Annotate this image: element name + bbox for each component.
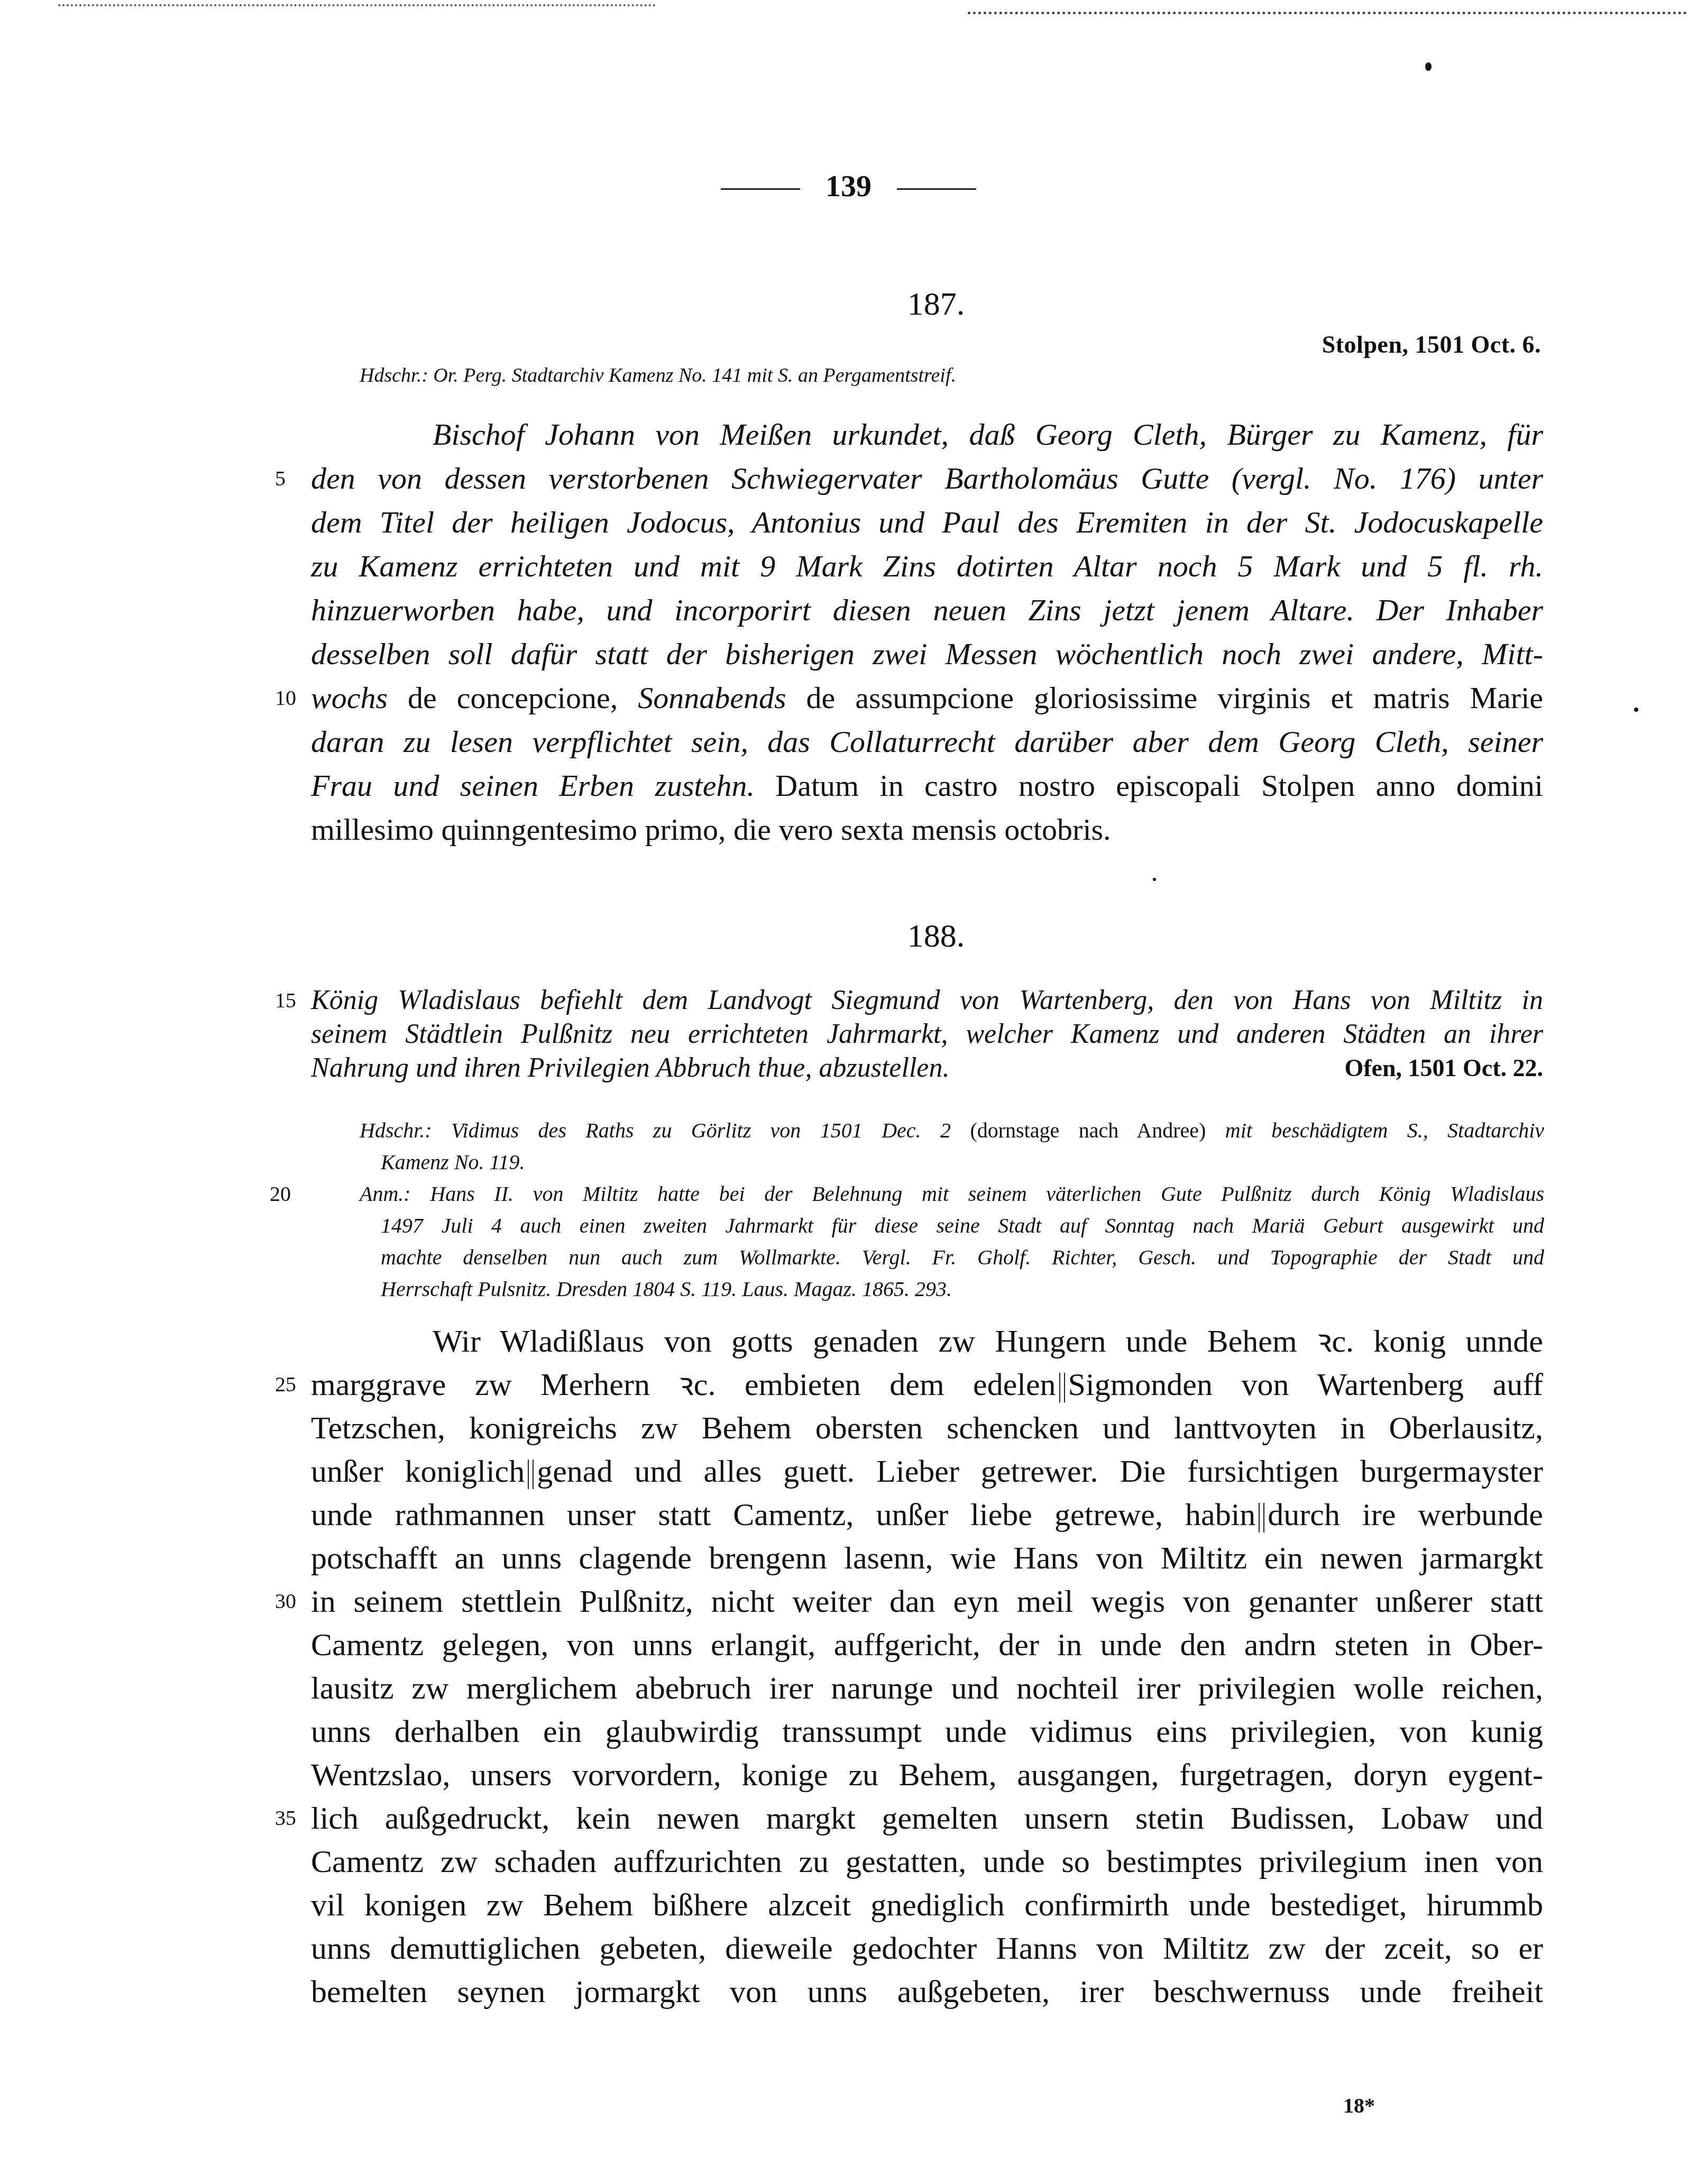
document-line: unßer koniglichgenad und alles guett. Li…	[311, 1449, 1543, 1493]
document-line: 35lich außgedruckt, kein newen margkt ge…	[311, 1796, 1543, 1840]
text-segment: Camentz zw schaden auffzurichten zu gest…	[311, 1844, 1543, 1879]
document-line: unns derhalben ein glaubwirdig transsump…	[311, 1710, 1543, 1753]
text-segment: bemelten seynen jormargkt von unns außge…	[311, 1974, 1543, 2009]
entry-number-188: 188.	[0, 917, 1697, 955]
text-line: 5den von dessen verstorbenen Schwiegerva…	[311, 456, 1543, 500]
scan-speck	[1153, 878, 1156, 881]
line-number: 10	[275, 676, 296, 720]
note-line: 1497 Juli 4 auch einen zweiten Jahrmarkt…	[360, 1210, 1544, 1242]
text-segment: in seinem stettlein Pulßnitz, nicht weit…	[311, 1584, 1543, 1619]
note-line: Herrschaft Pulsnitz. Dresden 1804 S. 119…	[360, 1273, 1544, 1305]
text-segment: Tetzschen, konigreichs zw Behem obersten…	[311, 1410, 1543, 1445]
note-line: 20Anm.: Hans II. von Miltitz hatte bei d…	[360, 1178, 1544, 1210]
text-segment: marggrave zw Merhern ꝛc. embieten dem ed…	[311, 1367, 1056, 1402]
text-line: hinzuerworben habe, und incorporirt dies…	[311, 588, 1543, 632]
line-number: 25	[275, 1363, 296, 1406]
text-segment: potschafft an unns clagende brengenn las…	[311, 1540, 1543, 1575]
document-line: vil konigen zw Behem bißhere alzceit gne…	[311, 1883, 1543, 1926]
text-segment: Camentz gelegen, von unns erlangit, auff…	[311, 1627, 1543, 1662]
text-segment: zu Kamenz errichteten und mit 9 Mark Zin…	[311, 549, 1543, 583]
document-line: unns demuttiglichen gebeten, dieweile ge…	[311, 1926, 1543, 1970]
text-segment: den von dessen verstorbenen Schwiegervat…	[311, 461, 1543, 495]
text-segment: vil konigen zw Behem bißhere alzceit gne…	[311, 1887, 1543, 1922]
entry-number-187: 187.	[0, 286, 1697, 323]
line-number: 20	[270, 1178, 291, 1210]
text-segment: genad und alles guett. Lieber getrewer. …	[537, 1454, 1543, 1489]
note-line: Kamenz No. 119.	[360, 1146, 1544, 1178]
line-number: 30	[275, 1580, 296, 1623]
text-segment: Sigmonden von Wartenberg auff	[1068, 1367, 1543, 1402]
text-segment: de concepcione,	[388, 681, 638, 715]
document-line: Camentz gelegen, von unns erlangit, auff…	[311, 1623, 1543, 1666]
text-line: zu Kamenz errichteten und mit 9 Mark Zin…	[311, 544, 1543, 588]
text-segment: machte denselben nun auch zum Wollmarkte…	[381, 1245, 1544, 1269]
scan-edge-line-left	[58, 4, 656, 9]
regest-line: 15König Wladislaus befiehlt dem Landvogt…	[311, 984, 1543, 1017]
entry-188-regest: 15König Wladislaus befiehlt dem Landvogt…	[311, 984, 1543, 1085]
line-number: 15	[275, 984, 296, 1017]
text-segment: Wentzslao, unsers vorvordern, konige zu …	[311, 1757, 1543, 1792]
text-line: 10wochs de concepcione, Sonnabends de as…	[311, 676, 1543, 720]
entry-188-place-date: Ofen, 1501 Oct. 22.	[1344, 1051, 1543, 1085]
entry-187-regest: Bischof Johann von Meißen urkundet, daß …	[311, 412, 1543, 851]
text-segment: lich außgedruckt, kein newen margkt geme…	[311, 1801, 1543, 1836]
document-line: lausitz zw merglichem abebruch irer naru…	[311, 1666, 1543, 1710]
text-line: dem Titel der heiligen Jodocus, Antonius…	[311, 500, 1543, 544]
text-segment: König Wladislaus befiehlt dem Landvogt S…	[311, 985, 1543, 1015]
text-segment: (dornstage nach Andree)	[970, 1118, 1206, 1142]
document-line: Tetzschen, konigreichs zw Behem obersten…	[311, 1406, 1543, 1449]
text-line: Bischof Johann von Meißen urkundet, daß …	[311, 412, 1543, 456]
entry-188-document-text: Wir Wladißlaus von gotts genaden zw Hung…	[311, 1319, 1543, 2013]
document-line: Camentz zw schaden auffzurichten zu gest…	[311, 1840, 1543, 1883]
document-line: 25marggrave zw Merhern ꝛc. embieten dem …	[311, 1363, 1543, 1406]
entry-187-source-note: Hdschr.: Or. Perg. Stadtarchiv Kamenz No…	[360, 364, 956, 387]
folio-break-mark	[528, 1460, 534, 1489]
note-line: machte denselben nun auch zum Wollmarkte…	[360, 1242, 1544, 1273]
text-segment: unde rathmannen unser statt Camentz, unß…	[311, 1497, 1255, 1532]
text-line: daran zu lesen verpflichtet sein, das Co…	[311, 720, 1543, 764]
folio-break-mark	[1259, 1503, 1264, 1533]
text-segment: Frau und seinen Erben zustehn.	[311, 768, 755, 803]
text-segment: 1497 Juli 4 auch einen zweiten Jahrmarkt…	[381, 1214, 1544, 1237]
document-line: Wir Wladißlaus von gotts genaden zw Hung…	[311, 1319, 1543, 1363]
text-segment: unns derhalben ein glaubwirdig transsump…	[311, 1714, 1543, 1749]
text-segment: Wir Wladißlaus von gotts genaden zw Hung…	[433, 1324, 1543, 1359]
text-segment: millesimo quinngentesimo primo, die vero…	[311, 812, 1111, 847]
entry-188-notes: Hdschr.: Vidimus des Raths zu Görlitz vo…	[360, 1115, 1544, 1305]
text-segment: lausitz zw merglichem abebruch irer naru…	[311, 1671, 1543, 1705]
text-segment: desselben soll dafür statt der bisherige…	[311, 637, 1543, 671]
document-line: potschafft an unns clagende brengenn las…	[311, 1536, 1543, 1580]
scan-speck	[1425, 62, 1432, 71]
signature-mark: 18*	[1343, 2093, 1375, 2118]
text-segment: Kamenz No. 119.	[381, 1150, 525, 1174]
text-segment: Anm.: Hans II. von Miltitz hatte bei der…	[360, 1182, 1544, 1206]
document-line: Wentzslao, unsers vorvordern, konige zu …	[311, 1753, 1543, 1796]
text-segment: Hdschr.: Vidimus des Raths zu Görlitz vo…	[360, 1118, 970, 1142]
text-segment: unns demuttiglichen gebeten, dieweile ge…	[311, 1931, 1543, 1966]
text-segment: seinem Städtlein Pulßnitz neu errichtete…	[311, 1019, 1543, 1049]
text-segment: unßer koniglich	[311, 1454, 525, 1489]
text-segment: Sonnabends	[638, 681, 786, 715]
text-segment: Datum in castro nostro episcopali Stolpe…	[755, 768, 1543, 803]
line-number: 5	[275, 456, 286, 500]
line-number: 35	[275, 1796, 296, 1840]
document-line: 30in seinem stettlein Pulßnitz, nicht we…	[311, 1580, 1543, 1623]
document-line: bemelten seynen jormargkt von unns außge…	[311, 1970, 1543, 2013]
text-line: desselben soll dafür statt der bisherige…	[311, 632, 1543, 676]
text-segment: mit beschädigtem S., Stadtarchiv	[1206, 1118, 1544, 1142]
text-line: Frau und seinen Erben zustehn. Datum in …	[311, 764, 1543, 807]
header-rule-right	[897, 188, 976, 190]
entry-187-place-date: Stolpen, 1501 Oct. 6.	[1322, 331, 1541, 359]
text-segment: Bischof Johann von Meißen urkundet, daß …	[433, 417, 1543, 452]
text-segment: dem Titel der heiligen Jodocus, Antonius…	[311, 505, 1543, 539]
note-line: Hdschr.: Vidimus des Raths zu Görlitz vo…	[360, 1115, 1544, 1146]
text-segment: wochs	[311, 681, 388, 715]
folio-break-mark	[1059, 1373, 1065, 1402]
document-line: unde rathmannen unser statt Camentz, unß…	[311, 1493, 1543, 1536]
page-header: 139	[0, 168, 1697, 204]
scan-edge-artifact	[0, 4, 1697, 19]
scan-speck	[1634, 708, 1638, 712]
text-line: millesimo quinngentesimo primo, die vero…	[311, 807, 1543, 851]
text-segment: durch ire werbunde	[1268, 1497, 1543, 1532]
text-segment: Nahrung und ihren Privilegien Abbruch th…	[311, 1053, 949, 1083]
page-number: 139	[825, 169, 872, 203]
regest-line: seinem Städtlein Pulßnitz neu errichtete…	[311, 1017, 1543, 1051]
header-rule-left	[721, 188, 800, 190]
text-segment: Herrschaft Pulsnitz. Dresden 1804 S. 119…	[381, 1277, 952, 1301]
regest-line: Nahrung und ihren Privilegien Abbruch th…	[311, 1051, 1543, 1085]
scan-edge-line-right	[968, 12, 1687, 17]
text-segment: hinzuerworben habe, und incorporirt dies…	[311, 593, 1543, 627]
text-segment: de assumpcione gloriosissime virginis et…	[786, 681, 1543, 715]
text-segment: daran zu lesen verpflichtet sein, das Co…	[311, 724, 1543, 759]
